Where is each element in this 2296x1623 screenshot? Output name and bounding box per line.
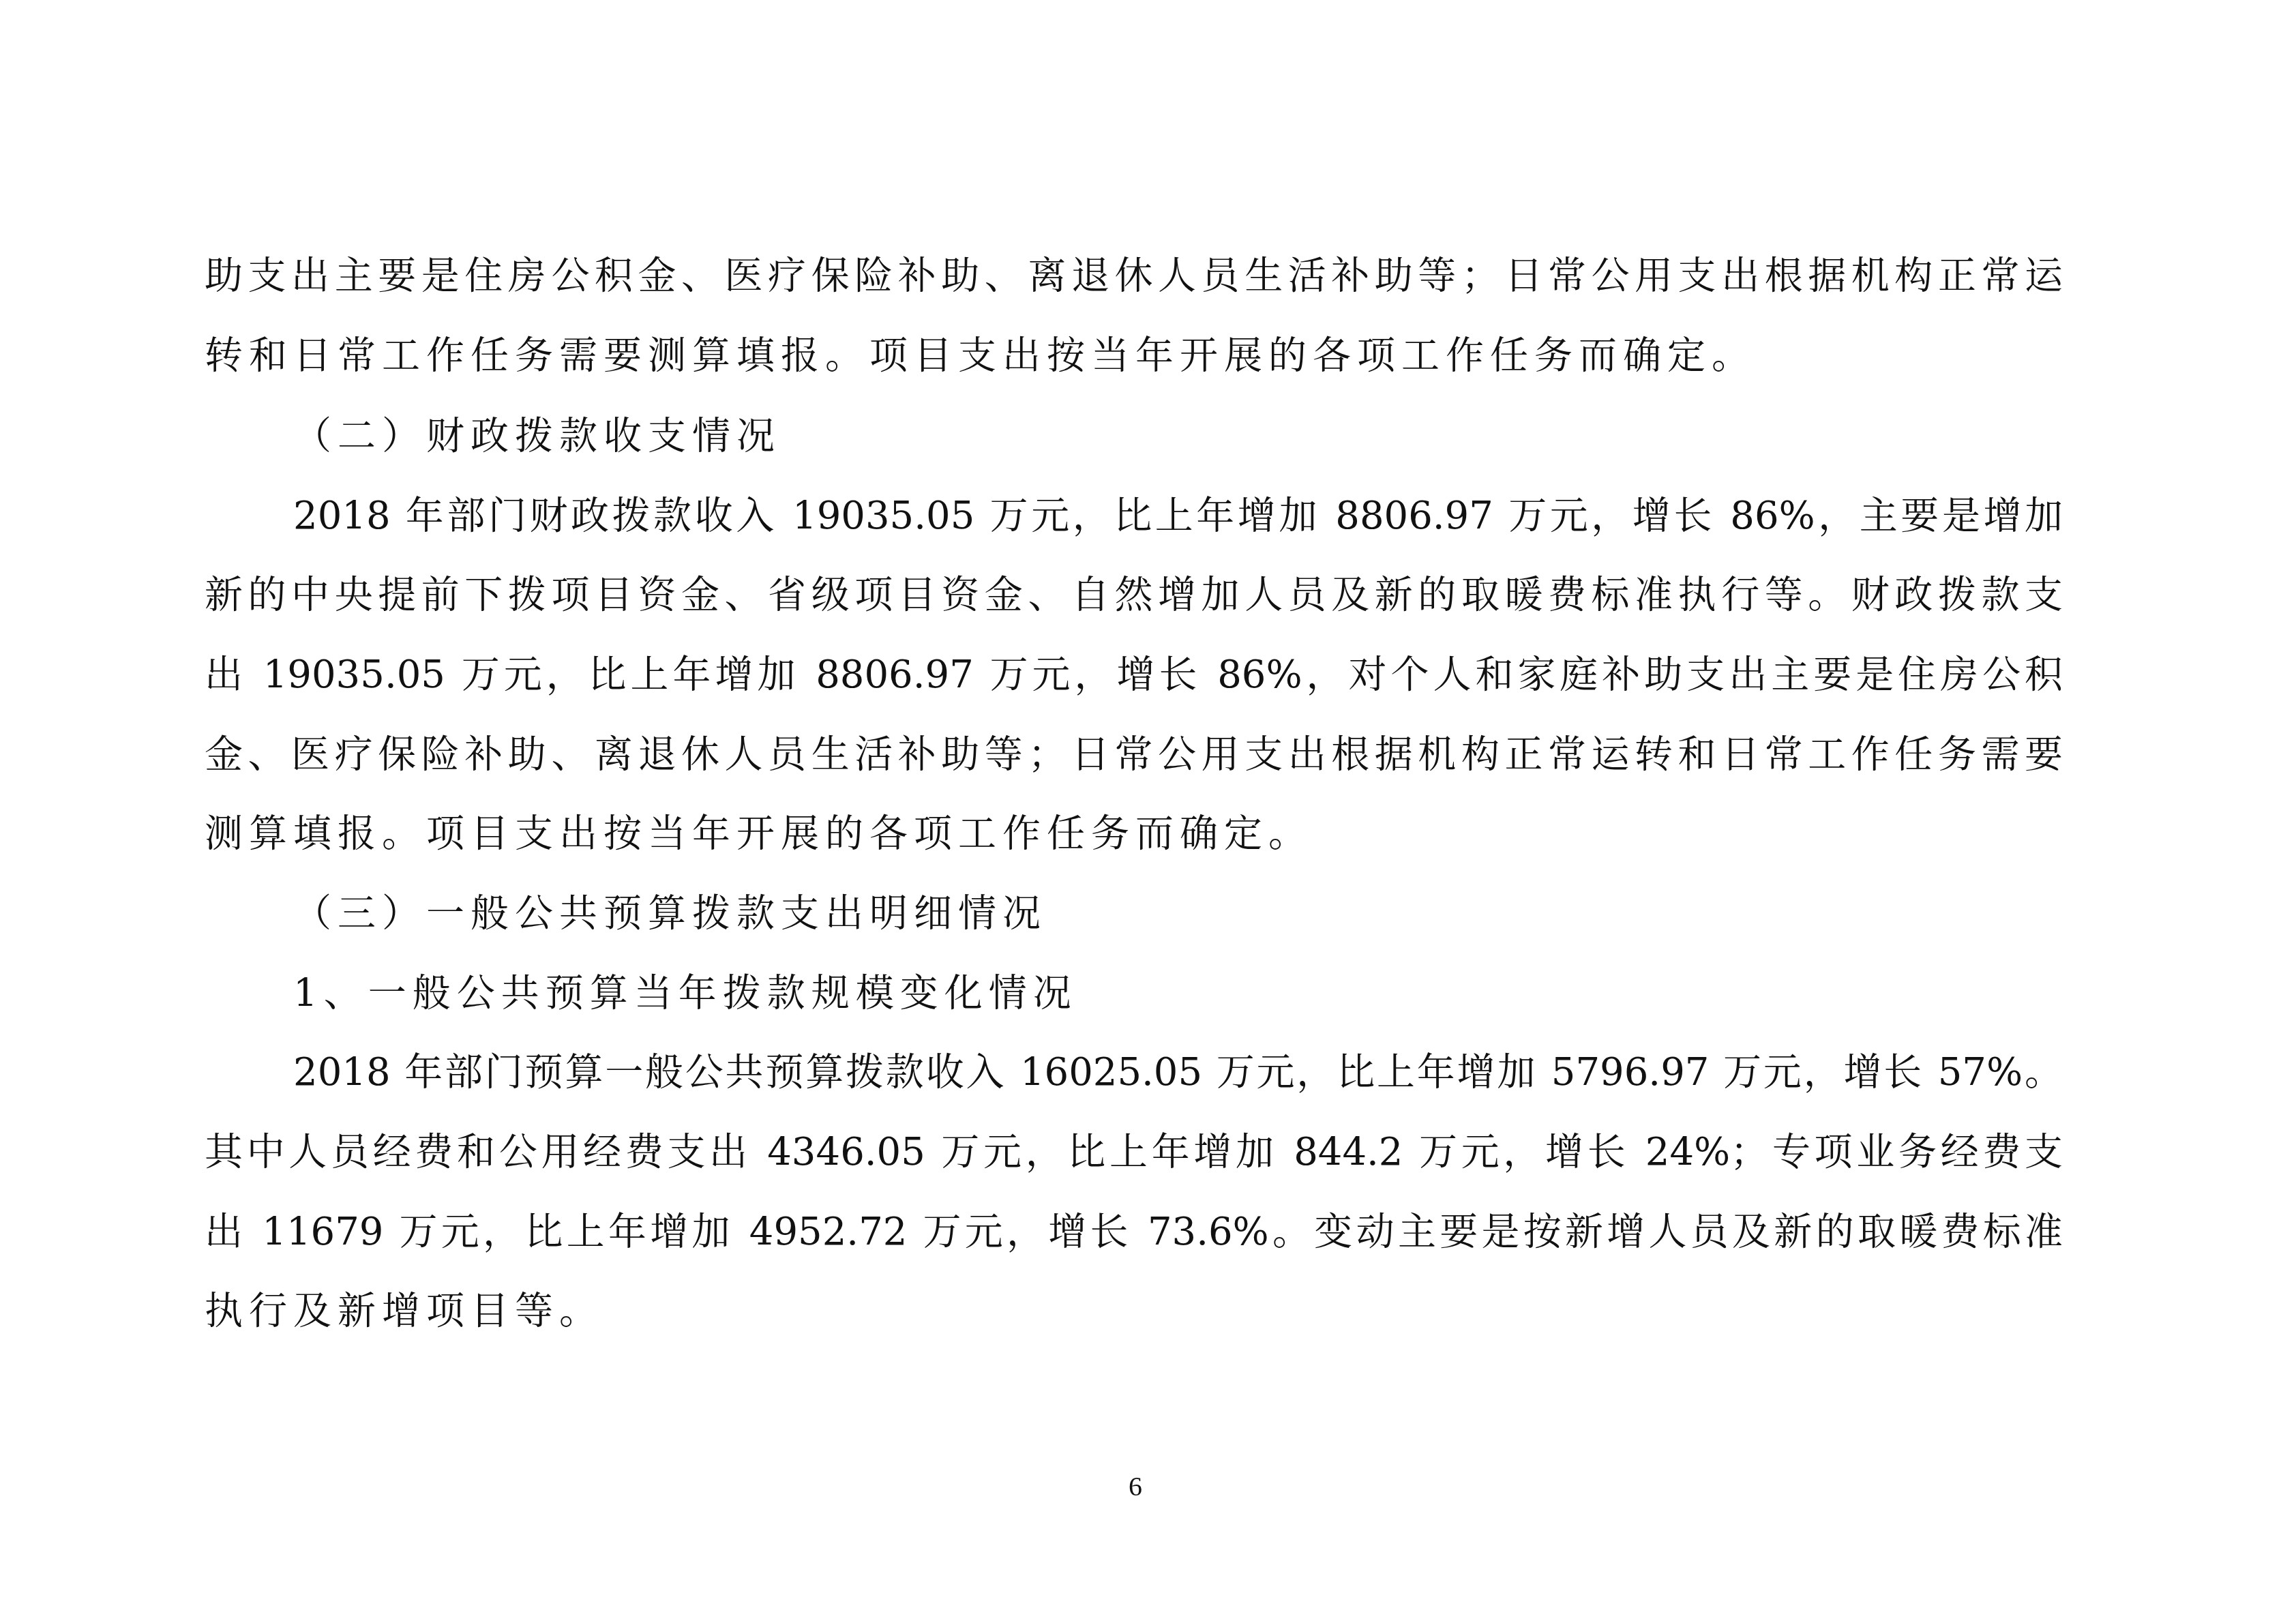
- document-page: 助支出主要是住房公积金、医疗保险补助、离退休人员生活补助等；日常公用支出根据机构…: [0, 0, 2296, 1623]
- paragraph-first-line: 2018 年部门财政拨款收入 19035.05 万元，比上年增加 8806.97…: [293, 489, 2063, 544]
- section-heading-general-budget-detail: （三）一般公共预算拨款支出明细情况: [293, 887, 2063, 941]
- paragraph-first-line: 2018 年部门预算一般公共预算拨款收入 16025.05 万元，比上年增加 5…: [293, 1045, 2063, 1100]
- body-text-line: 出 19035.05 万元，比上年增加 8806.97 万元，增长 86%，对个…: [205, 648, 2063, 702]
- section-heading-fiscal-appropriation: （二）财政拨款收支情况: [293, 409, 2063, 464]
- body-text-line: 新的中央提前下拨项目资金、省级项目资金、自然增加人员及新的取暖费标准执行等。财政…: [205, 568, 2063, 623]
- body-text-line: 出 11679 万元，比上年增加 4952.72 万元，增长 73.6%。变动主…: [205, 1205, 2063, 1260]
- body-text-line: 测算填报。项目支出按当年开展的各项工作任务而确定。: [205, 807, 2063, 861]
- subsection-heading-scale-change: 1、一般公共预算当年拨款规模变化情况: [293, 966, 2063, 1021]
- body-text-line: 执行及新增项目等。: [205, 1284, 2063, 1339]
- body-text-line: 金、医疗保险补助、离退休人员生活补助等；日常公用支出根据机构正常运转和日常工作任…: [205, 728, 2063, 782]
- body-text-line: 转和日常工作任务需要测算填报。项目支出按当年开展的各项工作任务而确定。: [205, 329, 2063, 383]
- body-text-line: 助支出主要是住房公积金、医疗保险补助、离退休人员生活补助等；日常公用支出根据机构…: [205, 249, 2063, 303]
- page-number: 6: [1118, 1472, 1152, 1502]
- body-text-line: 其中人员经费和公用经费支出 4346.05 万元，比上年增加 844.2 万元，…: [205, 1125, 2063, 1180]
